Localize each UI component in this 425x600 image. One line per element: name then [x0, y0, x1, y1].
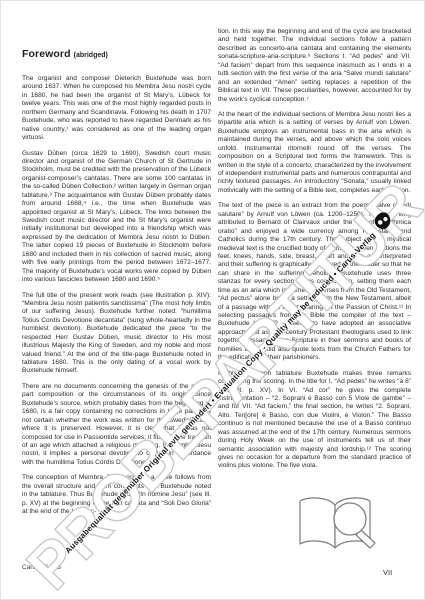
page-title: Foreword(abridged) [22, 28, 211, 65]
book-magnifier-icon [293, 492, 381, 564]
page-number: VII [383, 568, 392, 577]
book-magnifier-illustration [293, 492, 381, 564]
foreword-page: Foreword(abridged) The organist and comp… [0, 0, 425, 600]
page-title-sub: (abridged) [74, 52, 108, 59]
paragraph: The full title of the present work reads… [22, 292, 211, 376]
paragraph: Gustav Düben (circa 1629 to 1690), Swedi… [22, 150, 211, 285]
paragraph: The organist and composer Dieterich Buxt… [22, 75, 211, 143]
paragraph: tion. In this way the beginning and end … [218, 28, 411, 104]
page-title-main: Foreword [22, 48, 71, 60]
